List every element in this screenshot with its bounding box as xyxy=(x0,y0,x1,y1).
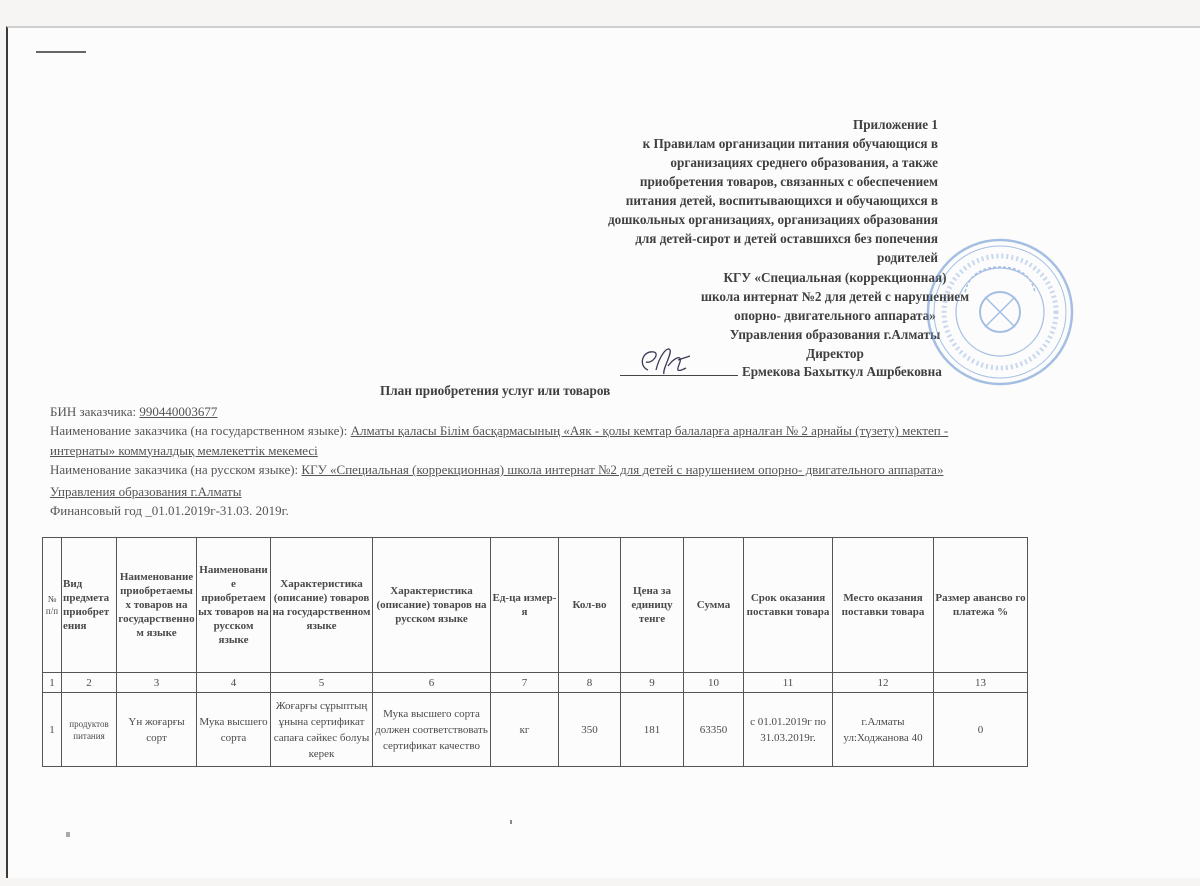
appendix-line: к Правилам организации питания обучающис… xyxy=(518,134,938,153)
fiscal-year-label: Финансовый год xyxy=(50,503,145,518)
col-num: 12 xyxy=(833,673,934,693)
col-num: 9 xyxy=(621,673,684,693)
cell-price: 181 xyxy=(621,693,684,767)
col-num: 10 xyxy=(684,673,744,693)
col-num: 3 xyxy=(117,673,197,693)
name-kz-value-cont: интернаты» коммуналдық мемлекеттік мекем… xyxy=(50,443,318,458)
appendix-line: Приложение 1 xyxy=(518,115,938,134)
bin-row: БИН заказчика: 990440003677 xyxy=(50,402,1050,421)
appendix-line: приобретения товаров, связанных с обеспе… xyxy=(518,172,938,191)
cell-sum: 63350 xyxy=(684,693,744,767)
cell-name-kz: Үн жоғарғы сорт xyxy=(117,693,197,767)
customer-info: БИН заказчика: 990440003677 Наименование… xyxy=(50,402,1050,521)
round-seal-stamp-icon xyxy=(925,237,1075,387)
cell-advance: 0 xyxy=(934,693,1028,767)
header-desc-kz: Характеристика (описание) товаров на гос… xyxy=(271,538,373,673)
fiscal-year-value: _01.01.2019г-31.03. 2019г. xyxy=(145,503,289,518)
name-ru-label: Наименование заказчика (на русском языке… xyxy=(50,462,301,477)
fiscal-year-row: Финансовый год _01.01.2019г-31.03. 2019г… xyxy=(50,501,1050,520)
appendix-line: организациях среднего образования, а так… xyxy=(518,153,938,172)
table-header-row: № п/п Вид предмета приобрет ения Наимено… xyxy=(43,538,1080,673)
scan-speck xyxy=(66,832,70,837)
col-num: 7 xyxy=(491,673,559,693)
appendix-line: питания детей, воспитывающихся и обучающ… xyxy=(518,191,938,210)
appendix-line: для детей-сирот и детей оставшихся без п… xyxy=(518,229,938,248)
header-qty: Кол-во xyxy=(559,538,621,673)
name-kz-row: Наименование заказчика (на государственн… xyxy=(50,421,1050,440)
appendix-note: Приложение 1 к Правилам организации пита… xyxy=(518,115,938,267)
col-num: 11 xyxy=(744,673,833,693)
cell-desc-kz: Жоғарғы сұрыптың ұнына сертификат сапаға… xyxy=(271,693,373,767)
name-ru-row-cont: Управления образования г.Алматы xyxy=(50,482,1050,501)
header-unit-visible: Ед-ца измер-я xyxy=(491,538,559,673)
name-kz-row-cont: интернаты» коммуналдық мемлекеттік мекем… xyxy=(50,441,1050,460)
header-period: Срок оказания поставки товара xyxy=(744,538,833,673)
header-name-ru: Наименовани е приобретаем ых товаров на … xyxy=(197,538,271,673)
cell-period: с 01.01.2019г по 31.03.2019г. xyxy=(744,693,833,767)
column-number-row: 1 2 3 4 5 6 7 8 9 10 11 12 13 xyxy=(43,673,1080,693)
plan-title: План приобретения услуг или товаров xyxy=(380,383,610,399)
cell-place: г.Алматы ул:Ходжанова 40 xyxy=(833,693,934,767)
cell-qty: 350 xyxy=(559,693,621,767)
cell-desc-ru: Мука высшего сорта должен соответствоват… xyxy=(373,693,491,767)
signature-underline xyxy=(620,375,738,376)
header-sum: Сумма xyxy=(684,538,744,673)
col-num: 8 xyxy=(559,673,621,693)
header-desc-ru: Характеристика (описание) товаров на рус… xyxy=(373,538,491,673)
cell-type: продуктов питания xyxy=(62,693,117,767)
scan-mark xyxy=(36,51,86,53)
col-num: 2 xyxy=(62,673,117,693)
table-row: 1 продуктов питания Үн жоғарғы сорт Мука… xyxy=(43,693,1080,767)
name-kz-value: Алматы қаласы Білім басқармасының «Аяк -… xyxy=(351,423,949,438)
cell-name-ru: Мука высшего сорта xyxy=(197,693,271,767)
appendix-line: родителей xyxy=(518,248,938,267)
cell-no: 1 xyxy=(43,693,62,767)
header-name-kz: Наименование приобретаемы х товаров на г… xyxy=(117,538,197,673)
bin-label: БИН заказчика: xyxy=(50,404,139,419)
col-num: 4 xyxy=(197,673,271,693)
col-num: 1 xyxy=(43,673,62,693)
name-ru-row: Наименование заказчика (на русском языке… xyxy=(50,460,1050,479)
bin-value: 990440003677 xyxy=(139,404,217,419)
director-signature-line: Ермекова Бахыткул Ашрбековна xyxy=(620,364,942,380)
name-kz-label: Наименование заказчика (на государственн… xyxy=(50,423,351,438)
header-type: Вид предмета приобрет ения xyxy=(62,538,117,673)
header-no: № п/п xyxy=(43,538,62,673)
director-name: Ермекова Бахыткул Ашрбековна xyxy=(742,364,942,379)
col-num: 6 xyxy=(373,673,491,693)
header-advance: Размер авансво го платежа % xyxy=(934,538,1028,673)
header-price: Цена за единицу тенге xyxy=(621,538,684,673)
cell-unit: кг xyxy=(491,693,559,767)
name-ru-value-cont: Управления образования г.Алматы xyxy=(50,484,241,499)
col-num: 5 xyxy=(271,673,373,693)
procurement-table: № п/п Вид предмета приобрет ения Наимено… xyxy=(42,537,1080,767)
scan-speck xyxy=(510,820,512,824)
col-num: 13 xyxy=(934,673,1028,693)
name-ru-value: КГУ «Специальная (коррекционная) школа и… xyxy=(301,462,943,477)
appendix-line: дошкольных организациях, организациях об… xyxy=(518,210,938,229)
header-place: Место оказания поставки товара xyxy=(833,538,934,673)
